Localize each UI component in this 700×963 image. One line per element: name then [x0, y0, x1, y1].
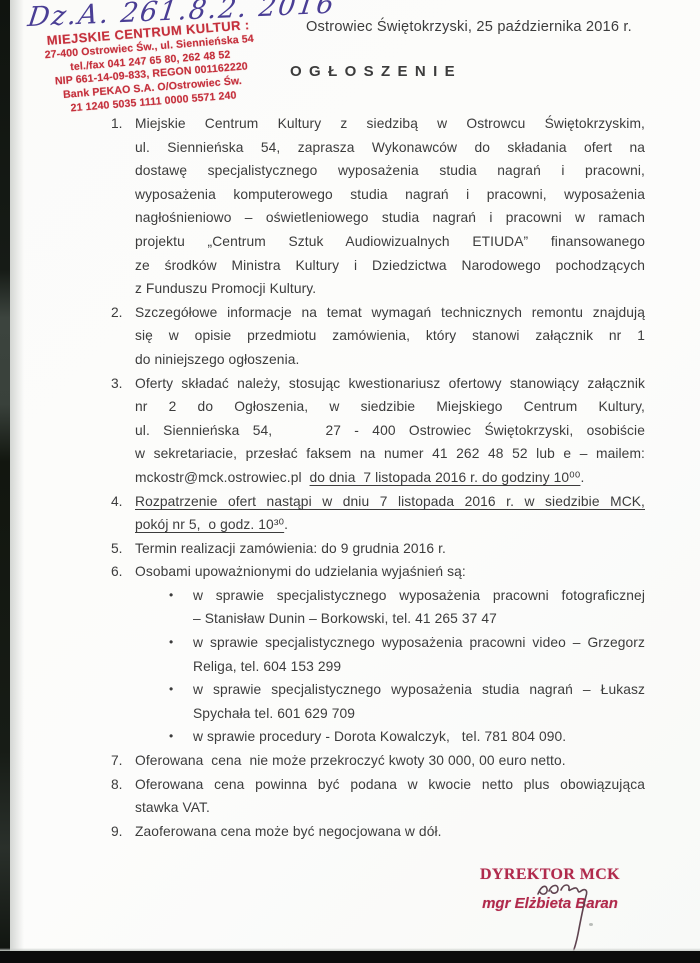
underlined-text: Rozpatrzenie ofert nastąpi w dniu 7 list…	[135, 494, 645, 509]
text-line: się w opisie przedmiotu zamówienia, któr…	[135, 324, 645, 348]
list-item-4: 4. Rozpatrzenie ofert nastąpi w dniu 7 l…	[111, 490, 645, 537]
text-line: w sprawie specjalistycznego wyposażenia …	[193, 678, 645, 702]
text-line: dostawę specjalistycznego wyposażenia st…	[135, 159, 645, 183]
bullet-text: w sprawie specjalistycznego wyposażenia …	[193, 631, 645, 678]
list-item-2: 2. Szczegółowe informacje na temat wymag…	[111, 301, 645, 372]
sentence-period: .	[580, 470, 584, 485]
item-number: 4.	[111, 490, 135, 537]
text-line: nr 2 do Ogłoszenia, w siedzibie Miejskie…	[135, 395, 645, 419]
text-line: Termin realizacji zamówienia: do 9 grudn…	[135, 537, 645, 561]
email-address: mckostr@mck.ostrowiec.pl	[135, 470, 310, 485]
scan-edge-left-shadow	[10, 0, 24, 963]
text-line-underlined: Rozpatrzenie ofert nastąpi w dniu 7 list…	[135, 490, 645, 514]
list-item-8: 8. Oferowana cena powinna być podana w k…	[111, 773, 645, 820]
sentence-period: .	[284, 517, 288, 532]
text-line: Spychała tel. 601 629 709	[193, 702, 645, 726]
bullet-item: • w sprawie specjalistycznego wyposażeni…	[135, 584, 645, 631]
organization-stamp: MIEJSKIE CENTRUM KULTUR : 27-400 Ostrowi…	[22, 16, 280, 119]
bullet-item: • w sprawie specjalistycznego wyposażeni…	[135, 631, 645, 678]
text-line: Szczegółowe informacje na temat wymagań …	[135, 301, 645, 325]
signature-block: DYREKTOR MCK mgr Elżbieta Baran	[470, 866, 630, 912]
text-line: nagłośnieniowo – oświetleniowego studia …	[135, 206, 645, 230]
text-line: Osobami upoważnionymi do udzielania wyja…	[135, 560, 645, 584]
text-line: Religa, tel. 604 153 299	[193, 655, 645, 679]
text-line: w sprawie specjalistycznego wyposażenia …	[193, 631, 645, 655]
item-number: 2.	[111, 301, 135, 372]
bullet-glyph: •	[169, 584, 193, 631]
document-title: O G Ł O S Z E N I E	[290, 63, 456, 80]
document-date: Ostrowiec Świętokrzyski, 25 października…	[306, 19, 632, 35]
scanned-document-page: Dz.A. 261.8.2. 2016 MIEJSKIE CENTRUM KUL…	[0, 0, 700, 963]
text-line: w sprawie procedury - Dorota Kowalczyk, …	[193, 725, 645, 749]
text-line: ze środków Ministra Kultury i Dziedzictw…	[135, 254, 645, 278]
bullet-item: • w sprawie procedury - Dorota Kowalczyk…	[135, 725, 645, 749]
text-line: Oferty składać należy, stosując kwestion…	[135, 372, 645, 396]
text-line: ul. Siennieńska 54, 27 - 400 Ostrowiec Ś…	[135, 419, 645, 443]
list-item-6: 6. Osobami upoważnionymi do udzielania w…	[111, 560, 645, 749]
item-text: Oferowana cena nie może przekroczyć kwot…	[135, 749, 645, 773]
text-line: stawka VAT.	[135, 796, 645, 820]
text-line: w sprawie specjalistycznego wyposażenia …	[193, 584, 645, 608]
item-number: 3.	[111, 372, 135, 490]
list-item-1: 1. Miejskie Centrum Kultury z siedzibą w…	[111, 112, 645, 301]
item-number: 7.	[111, 749, 135, 773]
item-text: Szczegółowe informacje na temat wymagań …	[135, 301, 645, 372]
underlined-text: pokój nr 5, o godz. 10³⁰	[135, 517, 284, 532]
list-item-5: 5. Termin realizacji zamówienia: do 9 gr…	[111, 537, 645, 561]
bullet-text: w sprawie procedury - Dorota Kowalczyk, …	[193, 725, 645, 749]
text-line: Miejskie Centrum Kultury z siedzibą w Os…	[135, 112, 645, 136]
text-line: projektu „Centrum Sztuk Audiowizualnych …	[135, 230, 645, 254]
bullet-text: w sprawie specjalistycznego wyposażenia …	[193, 584, 645, 631]
text-line: – Stanisław Dunin – Borkowski, tel. 41 2…	[193, 607, 645, 631]
deadline-underlined: do dnia 7 listopada 2016 r. do godziny 1…	[310, 470, 581, 485]
text-line: Zaoferowana cena może być negocjowana w …	[135, 820, 645, 844]
list-item-9: 9. Zaoferowana cena może być negocjowana…	[111, 820, 645, 844]
announcement-body: 1. Miejskie Centrum Kultury z siedzibą w…	[111, 112, 645, 843]
bullet-glyph: •	[169, 631, 193, 678]
item-number: 5.	[111, 537, 135, 561]
text-line: z Funduszu Promocji Kultury.	[135, 277, 645, 301]
text-line: w sekretariacie, przesłać faksem na nume…	[135, 442, 645, 466]
scan-speck	[589, 923, 593, 926]
item-text: Oferowana cena powinna być podana w kwoc…	[135, 773, 645, 820]
item-text: Zaoferowana cena może być negocjowana w …	[135, 820, 645, 844]
item-text: Osobami upoważnionymi do udzielania wyja…	[135, 560, 645, 749]
item-text: Rozpatrzenie ofert nastąpi w dniu 7 list…	[135, 490, 645, 537]
text-line-underlined: pokój nr 5, o godz. 10³⁰.	[135, 513, 645, 537]
scan-edge-left	[0, 0, 10, 963]
text-line: do niniejszego ogłoszenia.	[135, 348, 645, 372]
scan-edge-bottom	[0, 951, 700, 963]
item-number: 8.	[111, 773, 135, 820]
bullet-item: • w sprawie specjalistycznego wyposażeni…	[135, 678, 645, 725]
text-line: Oferowana cena powinna być podana w kwoc…	[135, 773, 645, 797]
text-line: wyposażenia komputerowego studia nagrań …	[135, 183, 645, 207]
item-text: Miejskie Centrum Kultury z siedzibą w Os…	[135, 112, 645, 301]
item-number: 1.	[111, 112, 135, 301]
item-number: 9.	[111, 820, 135, 844]
list-item-3: 3. Oferty składać należy, stosując kwest…	[111, 372, 645, 490]
bullet-glyph: •	[169, 678, 193, 725]
contact-bullet-list: • w sprawie specjalistycznego wyposażeni…	[135, 584, 645, 749]
text-line: Oferowana cena nie może przekroczyć kwot…	[135, 749, 645, 773]
bullet-text: w sprawie specjalistycznego wyposażenia …	[193, 678, 645, 725]
item-text: Termin realizacji zamówienia: do 9 grudn…	[135, 537, 645, 561]
item-number: 6.	[111, 560, 135, 749]
handwritten-signature	[532, 878, 602, 958]
text-line: ul. Siennieńska 54, zaprasza Wykonawców …	[135, 136, 645, 160]
item-text: Oferty składać należy, stosując kwestion…	[135, 372, 645, 490]
bullet-glyph: •	[169, 725, 193, 749]
list-item-7: 7. Oferowana cena nie może przekroczyć k…	[111, 749, 645, 773]
text-line-with-deadline: mckostr@mck.ostrowiec.pl do dnia 7 listo…	[135, 466, 645, 490]
